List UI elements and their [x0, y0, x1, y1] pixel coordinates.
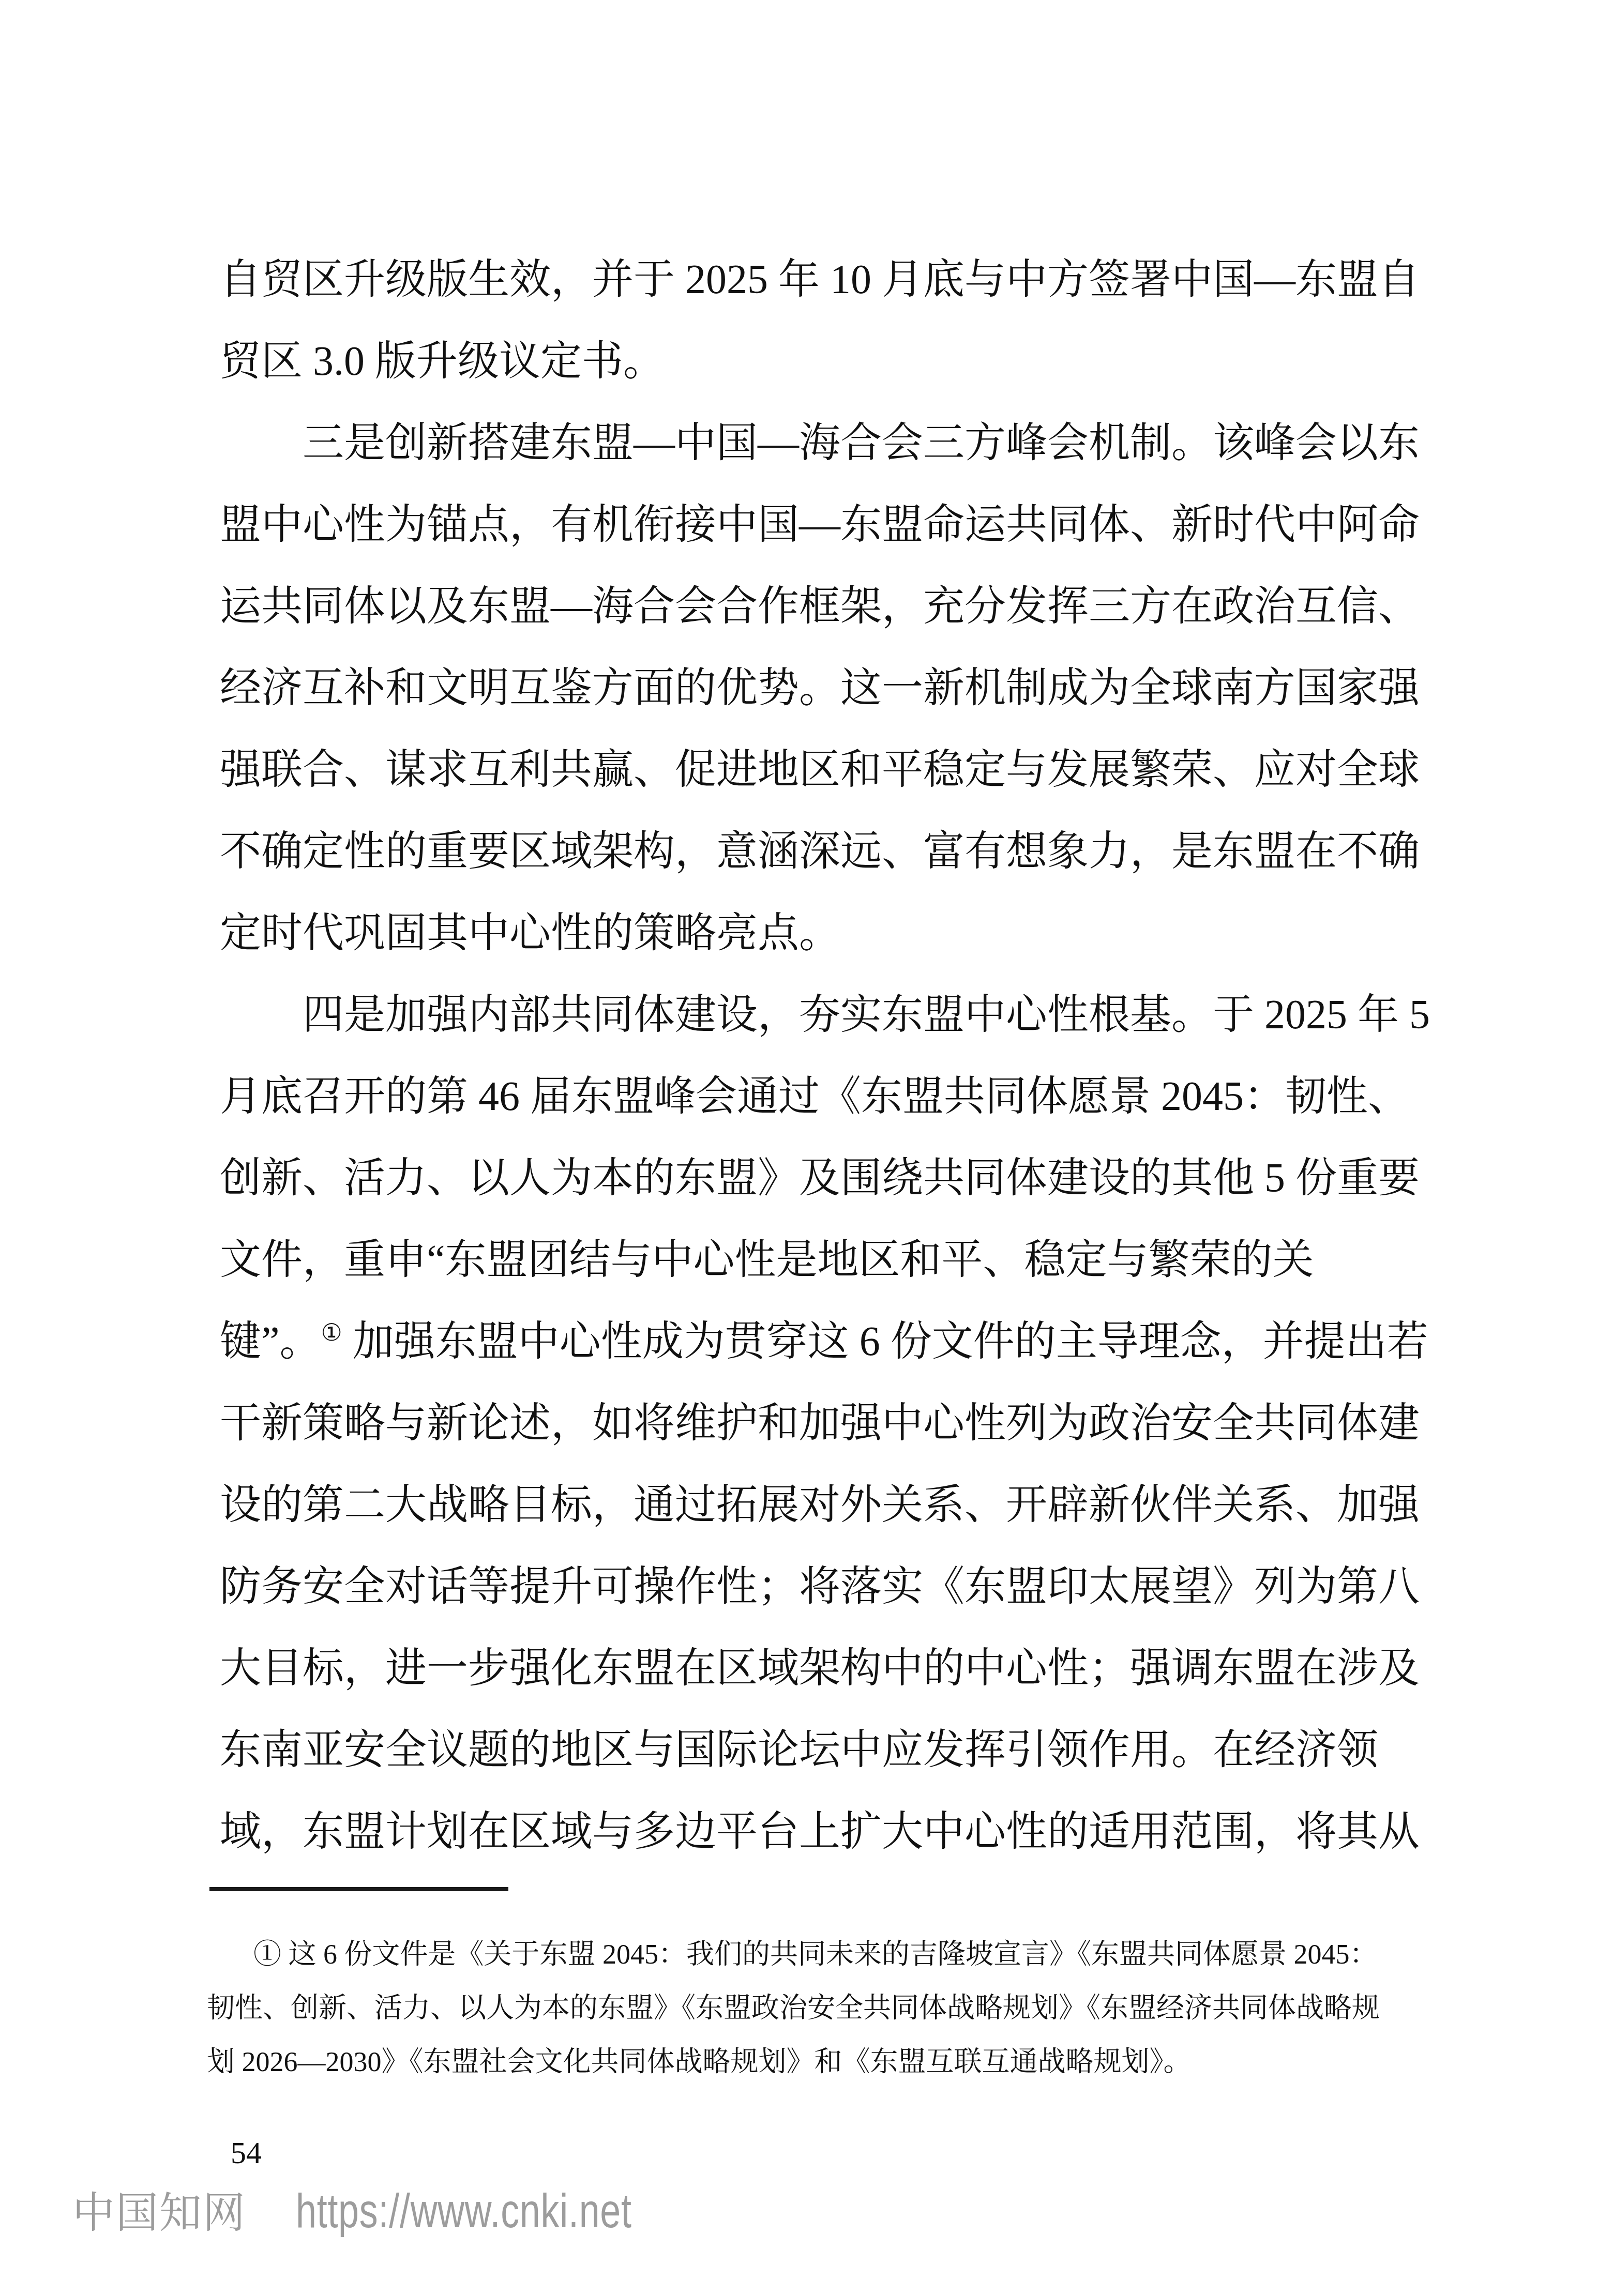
- text-line-paragraph-start: 四是加强内部共同体建设，夯实东盟中心性根基。于 2025 年 5: [220, 974, 1399, 1056]
- text-line: 创新、活力、以人为本的东盟》及围绕共同体建设的其他 5 份重要: [220, 1137, 1399, 1219]
- text-line: 文件，重申“东盟团结与中心性是地区和平、稳定与繁荣的关: [220, 1219, 1399, 1301]
- text-line: 干新策略与新论述，如将维护和加强中心性列为政治安全共同体建: [220, 1382, 1399, 1464]
- page-number: 54: [231, 2137, 262, 2169]
- text-line: 盟中心性为锚点，有机衔接中国—东盟命运共同体、新时代中阿命: [220, 484, 1399, 566]
- footnote-reference-marker: ①: [321, 1319, 342, 1346]
- footnote-line: 划 2026—2030》《东盟社会文化共同体战略规划》和《东盟互联互通战略规划》…: [207, 2035, 1448, 2089]
- text-line: 自贸区升级版生效，并于 2025 年 10 月底与中方签署中国—东盟自: [220, 239, 1399, 321]
- cnki-site-name: 中国知网: [72, 2185, 246, 2242]
- footnote-line: ① 这 6 份文件是《关于东盟 2045：我们的共同未来的吉隆坡宣言》《东盟共同…: [207, 1927, 1448, 1981]
- text-segment: 加强东盟中心性成为贯穿这 6 份文件的主导理念，并提出若: [342, 1319, 1428, 1364]
- text-line-with-footnote-ref: 键”。① 加强东盟中心性成为贯穿这 6 份文件的主导理念，并提出若: [220, 1301, 1399, 1382]
- document-page: 自贸区升级版生效，并于 2025 年 10 月底与中方签署中国—东盟自 贸区 3…: [0, 0, 1613, 2296]
- text-segment: 键”。: [220, 1319, 321, 1364]
- footnote-separator-rule: [209, 1887, 508, 1891]
- text-line: 定时代巩固其中心性的策略亮点。: [220, 892, 1399, 974]
- footnote-block: ① 这 6 份文件是《关于东盟 2045：我们的共同未来的吉隆坡宣言》《东盟共同…: [207, 1927, 1448, 2089]
- text-line-paragraph-start: 三是创新搭建东盟—中国—海合会三方峰会机制。该峰会以东: [220, 402, 1399, 484]
- text-line: 贸区 3.0 版升级议定书。: [220, 321, 1399, 402]
- text-line: 不确定性的重要区域架构，意涵深远、富有想象力，是东盟在不确: [220, 811, 1399, 892]
- text-line: 月底召开的第 46 届东盟峰会通过《东盟共同体愿景 2045：韧性、: [220, 1056, 1399, 1137]
- text-line: 设的第二大战略目标，通过拓展对外关系、开辟新伙伴关系、加强: [220, 1464, 1399, 1546]
- text-line: 强联合、谋求互利共赢、促进地区和平稳定与发展繁荣、应对全球: [220, 729, 1399, 811]
- text-line: 域，东盟计划在区域与多边平台上扩大中心性的适用范围，将其从: [220, 1791, 1399, 1873]
- body-text: 自贸区升级版生效，并于 2025 年 10 月底与中方签署中国—东盟自 贸区 3…: [220, 239, 1399, 1873]
- footnote-line: 韧性、创新、活力、以人为本的东盟》《东盟政治安全共同体战略规划》《东盟经济共同体…: [207, 1981, 1448, 2035]
- text-line: 东南亚安全议题的地区与国际论坛中应发挥引领作用。在经济领: [220, 1709, 1399, 1791]
- cnki-watermark: 中国知网 https://www.cnki.net: [72, 2183, 727, 2242]
- text-line: 大目标，进一步强化东盟在区域架构中的中心性；强调东盟在涉及: [220, 1628, 1399, 1709]
- cnki-url: https://www.cnki.net: [296, 2183, 632, 2240]
- text-line: 经济互补和文明互鉴方面的优势。这一新机制成为全球南方国家强: [220, 647, 1399, 729]
- text-line: 防务安全对话等提升可操作性；将落实《东盟印太展望》列为第八: [220, 1546, 1399, 1628]
- text-line: 运共同体以及东盟—海合会合作框架，充分发挥三方在政治互信、: [220, 566, 1399, 647]
